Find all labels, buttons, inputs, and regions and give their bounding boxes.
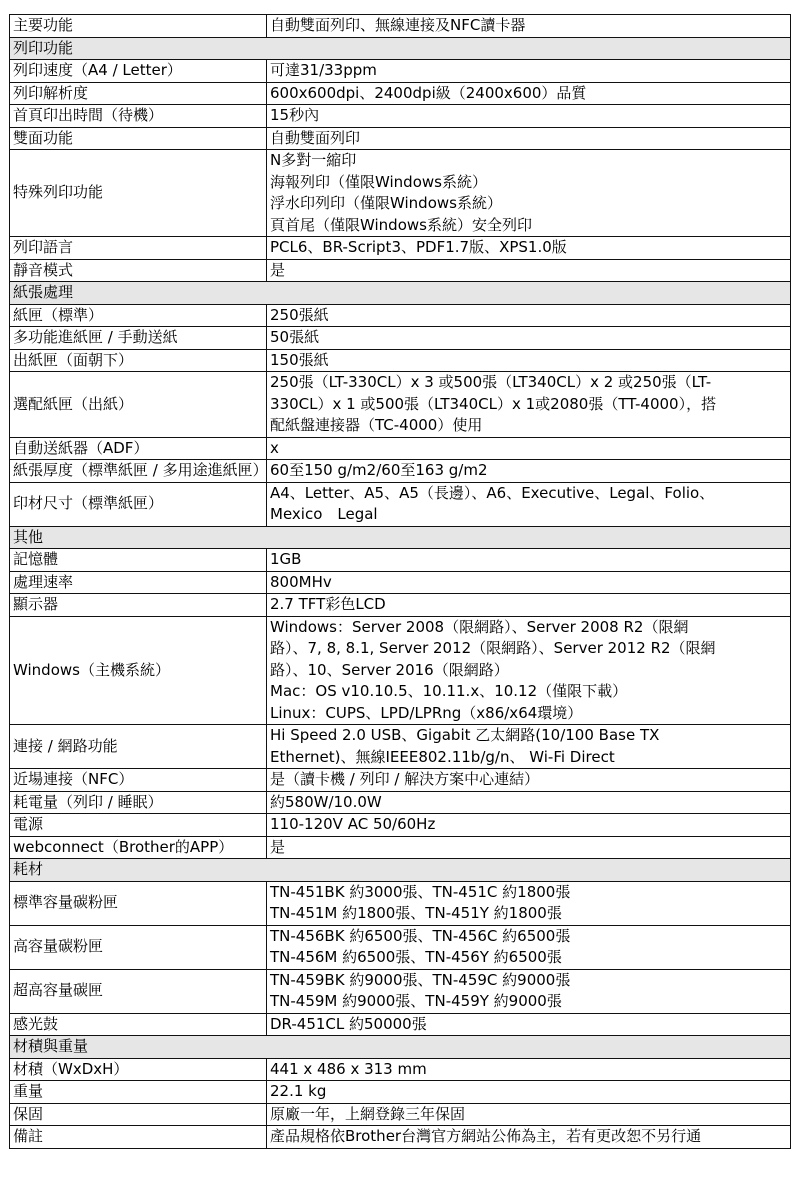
spec-value: N多對一縮印海報列印（僅限Windows系統）浮水印列印（僅限Windows系統… bbox=[267, 150, 791, 237]
spec-value: 250張紙 bbox=[267, 304, 791, 327]
spec-row: 備註產品規格依Brother台灣官方網站公佈為主，若有更改恕不另行通 bbox=[10, 1126, 791, 1149]
spec-value-line: 441 x 486 x 313 mm bbox=[270, 1059, 787, 1081]
spec-label: 材積（WxDxH） bbox=[10, 1058, 267, 1081]
spec-value: Windows：Server 2008（限網路）、Server 2008 R2（… bbox=[267, 616, 791, 725]
spec-label: 多功能進紙匣 / 手動送紙 bbox=[10, 327, 267, 350]
spec-row: 標準容量碳粉匣TN-451BK 約3000張、TN-451C 約1800張TN-… bbox=[10, 881, 791, 925]
section-title: 耗材 bbox=[10, 859, 791, 882]
spec-row: 雙面功能自動雙面列印 bbox=[10, 127, 791, 150]
spec-value: TN-459BK 約9000張、TN-459C 約9000張TN-459M 約9… bbox=[267, 969, 791, 1013]
spec-table: 主要功能自動雙面列印、無線連接及NFC讀卡器列印功能列印速度（A4 / Lett… bbox=[9, 14, 791, 1149]
spec-value-line: 250張紙 bbox=[270, 305, 787, 327]
spec-value-line: x bbox=[270, 438, 787, 460]
spec-row: 出紙匣（面朝下）150張紙 bbox=[10, 349, 791, 372]
spec-row: 超高容量碳匣TN-459BK 約9000張、TN-459C 約9000張TN-4… bbox=[10, 969, 791, 1013]
section-title: 紙張處理 bbox=[10, 282, 791, 305]
spec-label: 感光鼓 bbox=[10, 1013, 267, 1036]
spec-value-line: 約580W/10.0W bbox=[270, 792, 787, 814]
spec-value-line: 110-120V AC 50/60Hz bbox=[270, 814, 787, 836]
spec-value: 800MHv bbox=[267, 571, 791, 594]
spec-label: 重量 bbox=[10, 1081, 267, 1104]
spec-label: 首頁印出時間（待機） bbox=[10, 105, 267, 128]
spec-row: 電源110-120V AC 50/60Hz bbox=[10, 814, 791, 837]
spec-row: 連接 / 網路功能Hi Speed 2.0 USB、Gigabit 乙太網路(1… bbox=[10, 725, 791, 769]
spec-label: 雙面功能 bbox=[10, 127, 267, 150]
spec-label: 顯示器 bbox=[10, 594, 267, 617]
section-title: 材積與重量 bbox=[10, 1036, 791, 1059]
spec-value: 可達31/33ppm bbox=[267, 60, 791, 83]
spec-value-line: 600x600dpi、2400dpi級（2400x600）品質 bbox=[270, 83, 787, 105]
spec-value-line: A4、Letter、A5、A5（長邊）、A6、Executive、Legal、F… bbox=[270, 483, 787, 505]
spec-value: 15秒內 bbox=[267, 105, 791, 128]
spec-value-line: TN-459BK 約9000張、TN-459C 約9000張 bbox=[270, 970, 787, 992]
spec-value-line: 2.7 TFT彩色LCD bbox=[270, 594, 787, 616]
spec-value-line: TN-456M 約6500張、TN-456Y 約6500張 bbox=[270, 947, 787, 969]
spec-row: 紙張厚度（標準紙匣 / 多用途進紙匣）60至150 g/m2/60至163 g/… bbox=[10, 460, 791, 483]
spec-value-line: 自動雙面列印、無線連接及NFC讀卡器 bbox=[270, 15, 787, 37]
spec-label: 處理速率 bbox=[10, 571, 267, 594]
spec-row: 列印解析度600x600dpi、2400dpi級（2400x600）品質 bbox=[10, 82, 791, 105]
spec-label: 選配紙匣（出紙） bbox=[10, 372, 267, 438]
spec-value: 110-120V AC 50/60Hz bbox=[267, 814, 791, 837]
spec-value-line: 產品規格依Brother台灣官方網站公佈為主，若有更改恕不另行通 bbox=[270, 1126, 787, 1148]
spec-value-line: TN-459M 約9000張、TN-459Y 約9000張 bbox=[270, 991, 787, 1013]
spec-value: 150張紙 bbox=[267, 349, 791, 372]
spec-value-line: 頁首尾（僅限Windows系統）安全列印 bbox=[270, 215, 787, 237]
spec-value-line: TN-451BK 約3000張、TN-451C 約1800張 bbox=[270, 882, 787, 904]
spec-row: 處理速率800MHv bbox=[10, 571, 791, 594]
spec-label: 近場連接（NFC） bbox=[10, 769, 267, 792]
spec-value-line: Mac：OS v10.10.5、10.11.x、10.12（僅限下載） bbox=[270, 681, 787, 703]
spec-row: 印材尺寸（標準紙匣）A4、Letter、A5、A5（長邊）、A6、Executi… bbox=[10, 482, 791, 526]
spec-value: 22.1 kg bbox=[267, 1081, 791, 1104]
spec-row: 選配紙匣（出紙）250張（LT-330CL）x 3 或500張（LT340CL）… bbox=[10, 372, 791, 438]
spec-label: 高容量碳粉匣 bbox=[10, 925, 267, 969]
spec-table-body: 主要功能自動雙面列印、無線連接及NFC讀卡器列印功能列印速度（A4 / Lett… bbox=[10, 15, 791, 1149]
spec-value-line: TN-451M 約1800張、TN-451Y 約1800張 bbox=[270, 903, 787, 925]
spec-row: 感光鼓DR-451CL 約50000張 bbox=[10, 1013, 791, 1036]
spec-value: 是 bbox=[267, 259, 791, 282]
spec-row: 自動送紙器（ADF）x bbox=[10, 437, 791, 460]
spec-value-line: Hi Speed 2.0 USB、Gigabit 乙太網路(10/100 Bas… bbox=[270, 725, 787, 747]
spec-value: x bbox=[267, 437, 791, 460]
spec-value-line: 是 bbox=[270, 837, 787, 859]
spec-row: 紙匣（標準）250張紙 bbox=[10, 304, 791, 327]
spec-label: 紙張厚度（標準紙匣 / 多用途進紙匣） bbox=[10, 460, 267, 483]
spec-value: DR-451CL 約50000張 bbox=[267, 1013, 791, 1036]
spec-value-line: 路）、7, 8, 8.1, Server 2012（限網路）、Server 20… bbox=[270, 638, 787, 660]
spec-row: 保固原廠一年，上網登錄三年保固 bbox=[10, 1103, 791, 1126]
spec-label: 列印速度（A4 / Letter） bbox=[10, 60, 267, 83]
spec-value-line: 原廠一年，上網登錄三年保固 bbox=[270, 1104, 787, 1126]
spec-value: 自動雙面列印 bbox=[267, 127, 791, 150]
spec-value: TN-456BK 約6500張、TN-456C 約6500張TN-456M 約6… bbox=[267, 925, 791, 969]
spec-row: 材積（WxDxH）441 x 486 x 313 mm bbox=[10, 1058, 791, 1081]
spec-value: TN-451BK 約3000張、TN-451C 約1800張TN-451M 約1… bbox=[267, 881, 791, 925]
spec-value-line: PCL6、BR-Script3、PDF1.7版、XPS1.0版 bbox=[270, 237, 787, 259]
spec-label: 耗電量（列印 / 睡眠） bbox=[10, 791, 267, 814]
spec-row: Windows（主機系統）Windows：Server 2008（限網路）、Se… bbox=[10, 616, 791, 725]
spec-row: 記憶體1GB bbox=[10, 549, 791, 572]
spec-value-line: 浮水印列印（僅限Windows系統） bbox=[270, 193, 787, 215]
spec-value-line: DR-451CL 約50000張 bbox=[270, 1014, 787, 1036]
spec-row: 靜音模式是 bbox=[10, 259, 791, 282]
spec-value-line: 330CL）x 1 或500張（LT340CL）x 1或2080張（TT-400… bbox=[270, 394, 787, 416]
spec-value-line: 是 bbox=[270, 260, 787, 282]
spec-row: webconnect（Brother的APP）是 bbox=[10, 836, 791, 859]
spec-value: Hi Speed 2.0 USB、Gigabit 乙太網路(10/100 Bas… bbox=[267, 725, 791, 769]
spec-value-line: 250張（LT-330CL）x 3 或500張（LT340CL）x 2 或250… bbox=[270, 372, 787, 394]
spec-label: 紙匣（標準） bbox=[10, 304, 267, 327]
spec-value-line: 配紙盤連接器（TC-4000）使用 bbox=[270, 415, 787, 437]
spec-label: Windows（主機系統） bbox=[10, 616, 267, 725]
spec-value-line: 60至150 g/m2/60至163 g/m2 bbox=[270, 460, 787, 482]
spec-value: PCL6、BR-Script3、PDF1.7版、XPS1.0版 bbox=[267, 237, 791, 260]
spec-value-line: Mexico Legal bbox=[270, 504, 787, 526]
spec-value-line: 50張紙 bbox=[270, 327, 787, 349]
spec-value-line: 22.1 kg bbox=[270, 1081, 787, 1103]
spec-value: 是（讀卡機 / 列印 / 解決方案中心連結） bbox=[267, 769, 791, 792]
spec-value-line: 150張紙 bbox=[270, 350, 787, 372]
spec-value: A4、Letter、A5、A5（長邊）、A6、Executive、Legal、F… bbox=[267, 482, 791, 526]
spec-value: 是 bbox=[267, 836, 791, 859]
spec-value-line: 自動雙面列印 bbox=[270, 128, 787, 150]
section-header-row: 列印功能 bbox=[10, 37, 791, 60]
spec-label: 印材尺寸（標準紙匣） bbox=[10, 482, 267, 526]
spec-label: 出紙匣（面朝下） bbox=[10, 349, 267, 372]
spec-value-line: 海報列印（僅限Windows系統） bbox=[270, 172, 787, 194]
spec-row: 多功能進紙匣 / 手動送紙50張紙 bbox=[10, 327, 791, 350]
section-header-row: 紙張處理 bbox=[10, 282, 791, 305]
spec-label: 連接 / 網路功能 bbox=[10, 725, 267, 769]
spec-row: 首頁印出時間（待機）15秒內 bbox=[10, 105, 791, 128]
section-title: 其他 bbox=[10, 526, 791, 549]
spec-value: 約580W/10.0W bbox=[267, 791, 791, 814]
section-header-row: 其他 bbox=[10, 526, 791, 549]
spec-row: 重量22.1 kg bbox=[10, 1081, 791, 1104]
spec-value: 60至150 g/m2/60至163 g/m2 bbox=[267, 460, 791, 483]
spec-value: 原廠一年，上網登錄三年保固 bbox=[267, 1103, 791, 1126]
spec-value-line: 可達31/33ppm bbox=[270, 60, 787, 82]
spec-row: 列印語言PCL6、BR-Script3、PDF1.7版、XPS1.0版 bbox=[10, 237, 791, 260]
spec-label: 特殊列印功能 bbox=[10, 150, 267, 237]
spec-label: 自動送紙器（ADF） bbox=[10, 437, 267, 460]
spec-value-line: 1GB bbox=[270, 549, 787, 571]
spec-value-line: 是（讀卡機 / 列印 / 解決方案中心連結） bbox=[270, 769, 787, 791]
spec-value: 441 x 486 x 313 mm bbox=[267, 1058, 791, 1081]
spec-value-line: Windows：Server 2008（限網路）、Server 2008 R2（… bbox=[270, 617, 787, 639]
spec-label: 超高容量碳匣 bbox=[10, 969, 267, 1013]
section-header-row: 耗材 bbox=[10, 859, 791, 882]
spec-value: 1GB bbox=[267, 549, 791, 572]
spec-label: 列印解析度 bbox=[10, 82, 267, 105]
spec-value-line: N多對一縮印 bbox=[270, 150, 787, 172]
spec-value: 50張紙 bbox=[267, 327, 791, 350]
spec-value-line: Ethernet)、無線IEEE802.11b/g/n、 Wi-Fi Direc… bbox=[270, 747, 787, 769]
spec-label: 標準容量碳粉匣 bbox=[10, 881, 267, 925]
spec-value-line: Linux：CUPS、LPD/LPRng（x86/x64環境） bbox=[270, 703, 787, 725]
spec-label: 記憶體 bbox=[10, 549, 267, 572]
spec-value-line: 800MHv bbox=[270, 572, 787, 594]
spec-label: 靜音模式 bbox=[10, 259, 267, 282]
spec-value: 2.7 TFT彩色LCD bbox=[267, 594, 791, 617]
spec-label: 備註 bbox=[10, 1126, 267, 1149]
spec-value-line: TN-456BK 約6500張、TN-456C 約6500張 bbox=[270, 926, 787, 948]
spec-label: 保固 bbox=[10, 1103, 267, 1126]
spec-row: 顯示器2.7 TFT彩色LCD bbox=[10, 594, 791, 617]
spec-value: 250張（LT-330CL）x 3 或500張（LT340CL）x 2 或250… bbox=[267, 372, 791, 438]
spec-label: 電源 bbox=[10, 814, 267, 837]
section-title: 列印功能 bbox=[10, 37, 791, 60]
spec-label: webconnect（Brother的APP） bbox=[10, 836, 267, 859]
section-header-row: 材積與重量 bbox=[10, 1036, 791, 1059]
spec-row: 主要功能自動雙面列印、無線連接及NFC讀卡器 bbox=[10, 15, 791, 38]
spec-row: 高容量碳粉匣TN-456BK 約6500張、TN-456C 約6500張TN-4… bbox=[10, 925, 791, 969]
spec-value: 自動雙面列印、無線連接及NFC讀卡器 bbox=[267, 15, 791, 38]
spec-value: 產品規格依Brother台灣官方網站公佈為主，若有更改恕不另行通 bbox=[267, 1126, 791, 1149]
spec-label: 主要功能 bbox=[10, 15, 267, 38]
spec-row: 耗電量（列印 / 睡眠）約580W/10.0W bbox=[10, 791, 791, 814]
spec-row: 特殊列印功能N多對一縮印海報列印（僅限Windows系統）浮水印列印（僅限Win… bbox=[10, 150, 791, 237]
spec-row: 近場連接（NFC）是（讀卡機 / 列印 / 解決方案中心連結） bbox=[10, 769, 791, 792]
spec-label: 列印語言 bbox=[10, 237, 267, 260]
spec-row: 列印速度（A4 / Letter）可達31/33ppm bbox=[10, 60, 791, 83]
spec-value: 600x600dpi、2400dpi級（2400x600）品質 bbox=[267, 82, 791, 105]
spec-value-line: 15秒內 bbox=[270, 105, 787, 127]
spec-value-line: 路）、10、Server 2016（限網路） bbox=[270, 660, 787, 682]
